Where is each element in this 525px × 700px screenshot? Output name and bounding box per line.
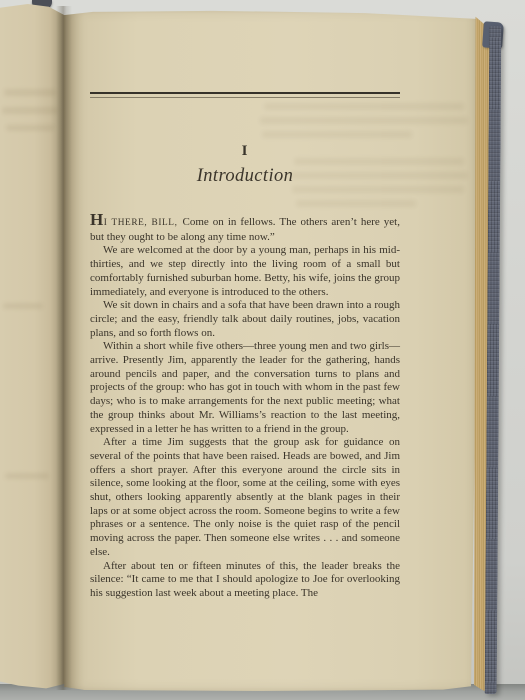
gutter-shadow [56, 6, 72, 690]
ghost-text-smudge [296, 200, 416, 207]
open-book-photo: I Introduction HI THERE, BILL,Come on in… [0, 0, 525, 700]
chapter-number: I [90, 143, 400, 160]
ghost-text-smudge [4, 89, 56, 96]
lead-capital: H [90, 210, 104, 229]
paragraph: After about ten or fifteen minutes of th… [90, 560, 400, 601]
paragraph-opening: HI THERE, BILL,Come on in fellows. The o… [90, 213, 400, 244]
paragraph: Within a short while five others—three y… [90, 340, 400, 436]
ghost-text-smudge [292, 186, 464, 193]
body-text: HI THERE, BILL,Come on in fellows. The o… [90, 213, 400, 601]
ghost-text-smudge [3, 303, 43, 309]
ghost-text-smudge [260, 117, 468, 124]
chapter-title: Introduction [90, 166, 400, 187]
ghost-text-smudge [264, 103, 464, 110]
rule-thin-line [90, 97, 400, 98]
ghost-text-smudge [5, 473, 49, 479]
ghost-text-smudge [6, 125, 54, 131]
book-page: I Introduction HI THERE, BILL,Come on in… [64, 10, 476, 691]
rule-thick-line [90, 92, 400, 94]
paragraph: After a time Jim suggests that the group… [90, 436, 400, 559]
paragraph: We are welcomed at the door by a young m… [90, 244, 400, 299]
opening-small-caps: I THERE, BILL, [104, 218, 178, 228]
paragraph: We sit down in chairs and a sofa that ha… [90, 299, 400, 340]
chapter-head-rule [90, 92, 400, 98]
ghost-text-smudge [2, 107, 58, 114]
ghost-text-smudge [262, 131, 412, 138]
